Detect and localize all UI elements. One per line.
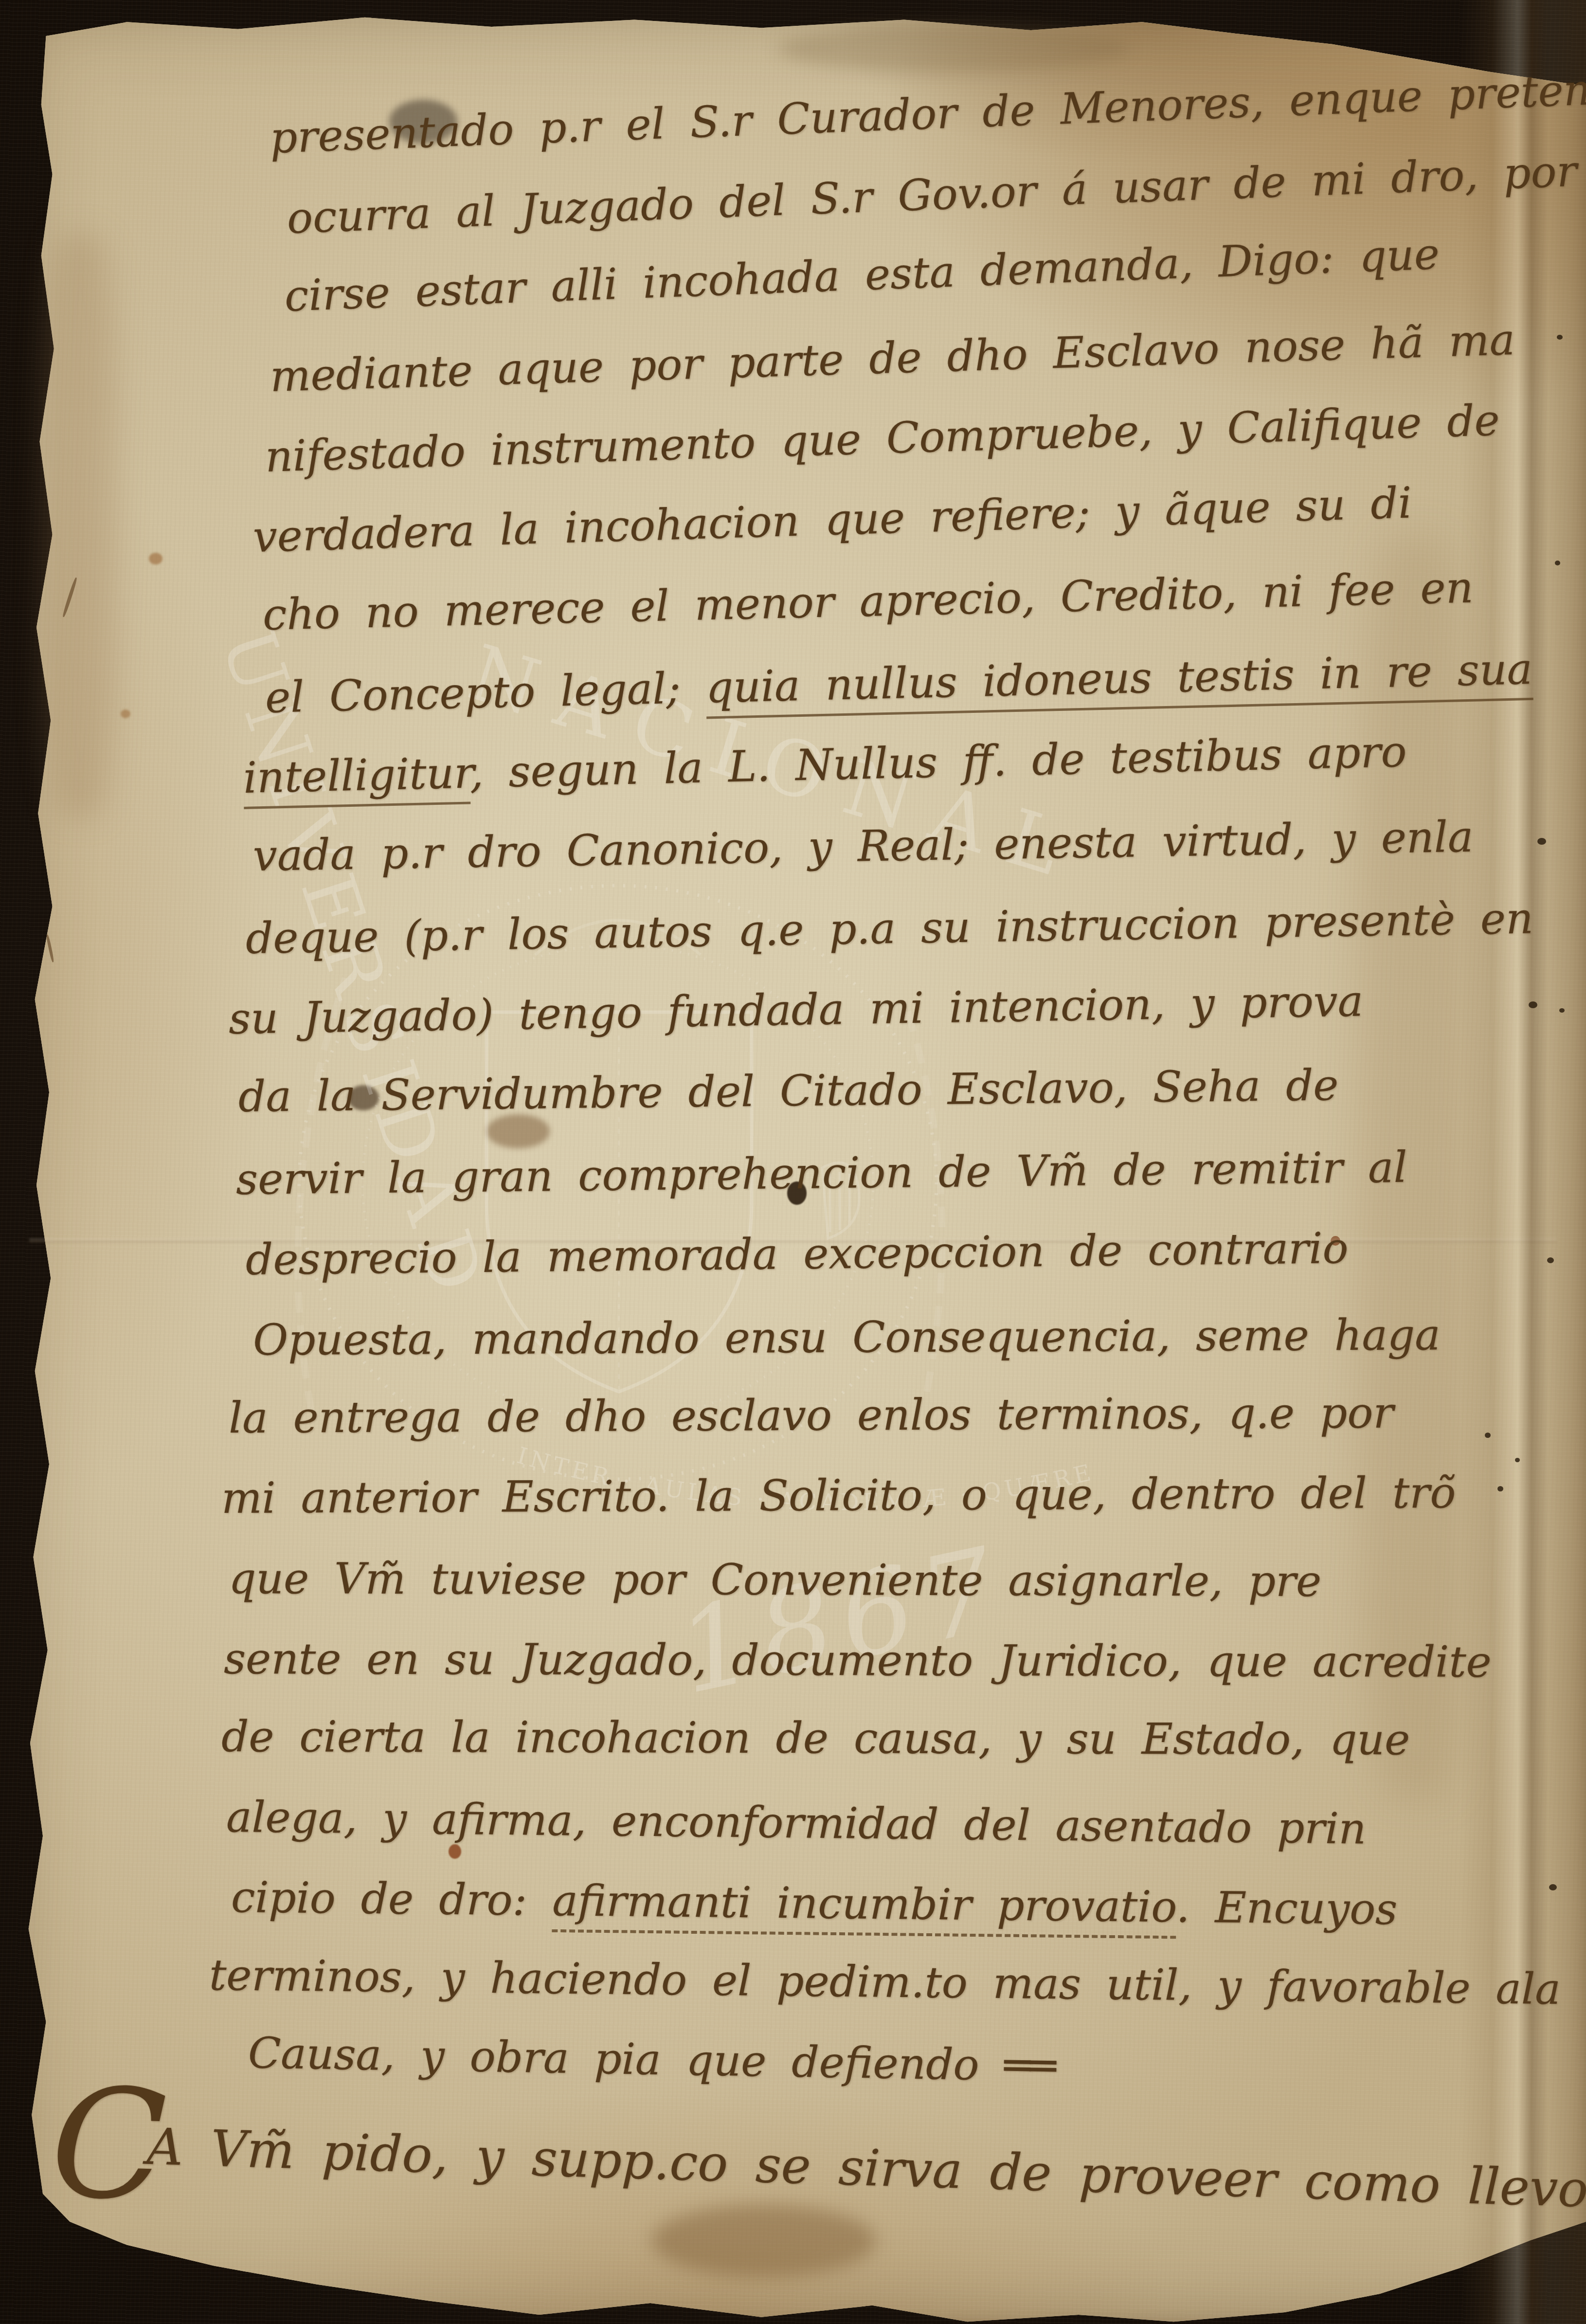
manuscript-line: que Vm̃ tuviese por Conveniente asignarl… (229, 1557, 1322, 1603)
manuscript-line: da la Servidumbre del Citado Esclavo, Se… (238, 1064, 1339, 1118)
line-text: Opuesta, mandando ensu Consequencia, sem… (253, 1309, 1441, 1365)
manuscript-line: servir la gran comprehencion de Vm̃ de r… (236, 1146, 1407, 1201)
line-text: . Encuyos (1176, 1882, 1398, 1934)
manuscript-line: alega, y afirma, enconformidad del asent… (226, 1796, 1367, 1851)
underlined-text: intelligitur (243, 747, 470, 809)
line-text: mi anterior Escrito. la Solicito, o que,… (221, 1468, 1456, 1523)
archival-scan: UNIVERSIDAD NACIONAL INTER · AULAS · ACA… (0, 0, 1586, 2324)
manuscript-line: cipio de dro: afirmanti incumbir provati… (231, 1876, 1398, 1931)
manuscript-line: sente en su Juzgado, documento Juridico,… (224, 1637, 1492, 1684)
line-text: que Vm̃ tuviese por Conveniente asignarl… (229, 1553, 1322, 1606)
line-text: el Concepto legal; (265, 662, 706, 723)
line-text: la entrega de dho esclavo enlos terminos… (229, 1388, 1394, 1443)
manuscript-line: Opuesta, mandando ensu Consequencia, sem… (253, 1313, 1441, 1362)
manuscript-line: la entrega de dho esclavo enlos terminos… (229, 1392, 1394, 1439)
manuscript-line: desprecio la memorada excepccion de cont… (246, 1227, 1349, 1281)
line-text: de cierta la incohacion de causa, y su E… (221, 1711, 1410, 1764)
manuscript-line: mi anterior Escrito. la Solicito, o que,… (221, 1471, 1456, 1520)
line-text: sente en su Juzgado, documento Juridico,… (224, 1634, 1492, 1687)
underlined-text: afirmanti incumbir provatio (552, 1875, 1177, 1939)
manuscript-line: de cierta la incohacion de causa, y su E… (221, 1715, 1410, 1761)
line-text: cipio de dro: (231, 1872, 552, 1925)
manuscript-line: Causa, y obra pia que defiendo ══ (248, 2032, 1056, 2088)
